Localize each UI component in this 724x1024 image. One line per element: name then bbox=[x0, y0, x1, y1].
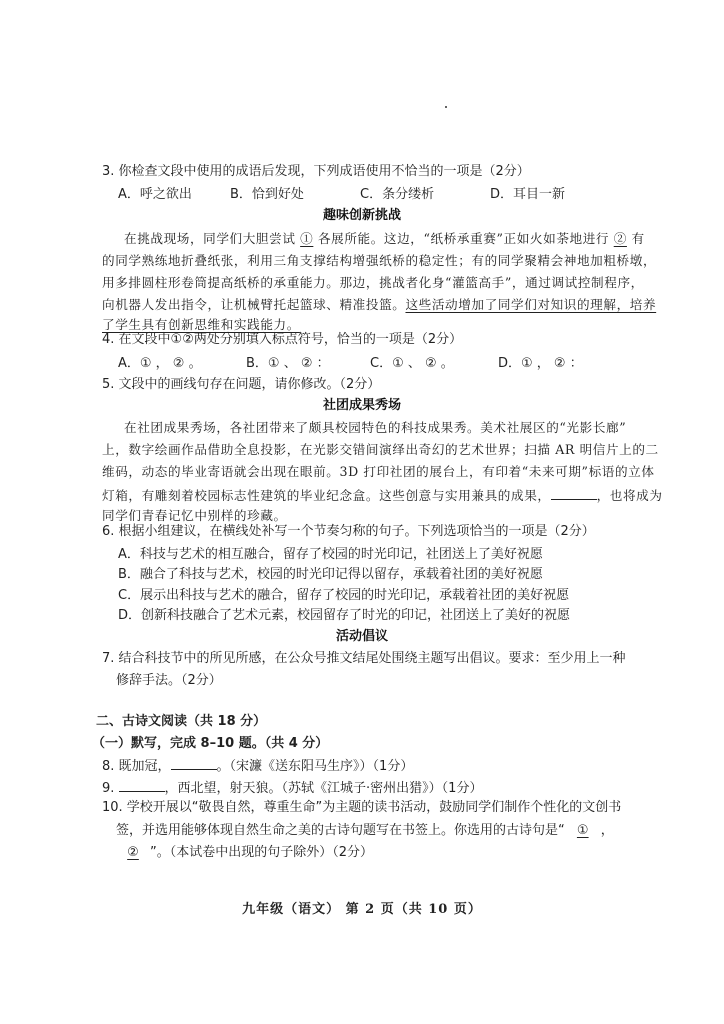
section1-paragraph-line4: 向机器人发出指令，让机械臂托起篮球、精准投篮。这些活动增加了同学们对知识的理解，… bbox=[102, 296, 656, 314]
q3-option-d: D．耳目一新 bbox=[490, 186, 565, 204]
question-10-line1: 10. 学校开展以“敬畏自然，尊重生命”为主题的读书活动，鼓励同学们制作个性化的… bbox=[102, 799, 621, 817]
text: 有 bbox=[632, 231, 645, 246]
text: ，也将成为 bbox=[597, 488, 663, 503]
q4-option-d: D．① ， ② ： bbox=[498, 355, 583, 373]
section-title-activity-proposal: 活动倡议 bbox=[0, 628, 724, 646]
q3-option-a: A．呼之欲出 bbox=[118, 186, 192, 204]
question-3-stem: 3. 你检查文段中使用的成语后发现，下列成语使用不恰当的一项是（2分） bbox=[102, 163, 530, 181]
section1-paragraph-line3: 用多排圆柱形卷筒提高纸桥的承重能力。那边，挑战者化身“灌篮高手”，通过调试控制程… bbox=[102, 274, 644, 292]
section1-paragraph-line2: 的同学熟练地折叠纸张，利用三角支撑结构增强纸桥的稳定性；有的同学聚精会神地加粗桥… bbox=[102, 252, 656, 270]
text: 8. 既加冠， bbox=[102, 759, 171, 774]
text: ，西北望，射天狼。（苏轼《江城子·密州出猎》）（1分） bbox=[165, 781, 483, 796]
blank-1: ① bbox=[300, 231, 313, 246]
section2-paragraph-line3: 维码，动态的毕业寄语就会出现在眼前。3D 打印社团的展台上，有印着“未来可期”标… bbox=[102, 463, 655, 481]
section2-paragraph-line2: 上，数字绘画作品借助全息投影，在光影交错间演绎出奇幻的艺术世界；扫描 AR 明信… bbox=[102, 441, 659, 459]
question-10-line2: 签，并选用能够体现自然生命之美的古诗句题写在书签上。你选用的古诗句是“①， bbox=[116, 822, 614, 840]
q3-option-c: C．条分缕析 bbox=[360, 186, 434, 204]
section1-paragraph-line1: 在挑战现场，同学们大胆尝试 ① 各展所能。这边，“纸桥承重赛”正如火如荼地进行 … bbox=[124, 230, 645, 248]
text: ”。（本试卷中出现的句子除外）（2分） bbox=[150, 845, 373, 860]
question-7-line2: 修辞手法。（2分） bbox=[116, 672, 222, 690]
fill-blank bbox=[171, 755, 217, 770]
text: 签，并选用能够体现自然生命之美的古诗句题写在书签上。你选用的古诗句是“ bbox=[116, 823, 565, 838]
blank-2: ② bbox=[116, 844, 150, 862]
blank-1: ① bbox=[565, 822, 601, 840]
blank-2: ② bbox=[614, 231, 627, 246]
section-title-club-showcase: 社团成果秀场 bbox=[0, 397, 724, 415]
question-8: 8. 既加冠，。（宋濂《送东阳马生序》）（1分） bbox=[102, 755, 413, 776]
question-5-stem: 5. 文段中的画线句存在问题，请你修改。（2分） bbox=[102, 376, 380, 394]
text: 灯箱，有雕刻着校园标志性建筑的毕业纪念盒。这些创意与实用兼具的成果， bbox=[102, 488, 551, 503]
exam-page: 3. 你检查文段中使用的成语后发现，下列成语使用不恰当的一项是（2分） A．呼之… bbox=[0, 0, 724, 1024]
q4-option-c: C．① 、 ② 。 bbox=[370, 355, 454, 373]
q6-option-b: B．融合了科技与艺术，校园的时光印记得以留存，承载着社团的美好祝愿 bbox=[118, 566, 543, 584]
text: 各展所能。这边，“纸桥承重赛”正如火如荼地进行 bbox=[318, 231, 609, 246]
q6-option-d: D．创新科技融合了艺术元素，校园留存了时光的印记，社团送上了美好的祝愿 bbox=[118, 607, 570, 625]
text: ， bbox=[601, 823, 614, 838]
question-4-stem: 4. 在文段中①②两处分别填入标点符号，恰当的一项是（2分） bbox=[102, 331, 462, 349]
q4-option-a: A．① ， ② 。 bbox=[118, 355, 202, 373]
scan-speck bbox=[445, 106, 447, 108]
section2-paragraph-line1: 在社团成果秀场，各社团带来了颇具校园特色的科技成果秀。美术社展区的“光影长廊” bbox=[124, 419, 626, 437]
page-footer: 九年级（语文） 第 2 页（共 10 页） bbox=[0, 898, 724, 917]
question-9: 9. ，西北望，射天狼。（苏轼《江城子·密州出猎》）（1分） bbox=[102, 777, 482, 798]
q6-option-a: A．科技与艺术的相互融合，留存了校园的时光印记，社团送上了美好祝愿 bbox=[118, 546, 543, 564]
text: 。（宋濂《送东阳马生序》）（1分） bbox=[217, 759, 414, 774]
question-6-stem: 6. 根据小组建议，在横线处补写一个节奏匀称的句子。下列选项恰当的一项是（2分） bbox=[102, 523, 595, 541]
part-2-subsection: （一）默写，完成 8–10 题。（共 4 分） bbox=[92, 735, 328, 753]
text: 向机器人发出指令，让机械臂托起篮球、精准投篮。 bbox=[102, 297, 405, 312]
text: 在挑战现场，同学们大胆尝试 bbox=[124, 231, 296, 246]
question-7-line1: 7. 结合科技节中的所见所感，在公众号推文结尾处围绕主题写出倡议。要求：至少用上… bbox=[102, 650, 626, 668]
q4-option-b: B．① 、 ② ： bbox=[246, 355, 330, 373]
fill-blank bbox=[551, 485, 597, 500]
part-2-title: 二、古诗文阅读（共 18 分） bbox=[96, 713, 266, 731]
underlined-sentence: 了学生具有创新思维和实践能力。 bbox=[102, 317, 300, 332]
section-title-innovation-challenge: 趣味创新挑战 bbox=[0, 207, 724, 225]
q3-option-b: B．恰到好处 bbox=[230, 186, 304, 204]
underlined-sentence: 这些活动增加了同学们对知识的理解，培养 bbox=[405, 297, 656, 312]
text: 9. bbox=[102, 781, 114, 796]
fill-blank bbox=[119, 777, 165, 792]
section2-paragraph-line4: 灯箱，有雕刻着校园标志性建筑的毕业纪念盒。这些创意与实用兼具的成果，，也将成为 bbox=[102, 485, 663, 505]
q6-option-c: C．展示出科技与艺术的融合，留存了校园的时光印记，承载着社团的美好祝愿 bbox=[118, 587, 569, 605]
question-10-line3: ②”。（本试卷中出现的句子除外）（2分） bbox=[116, 844, 373, 862]
